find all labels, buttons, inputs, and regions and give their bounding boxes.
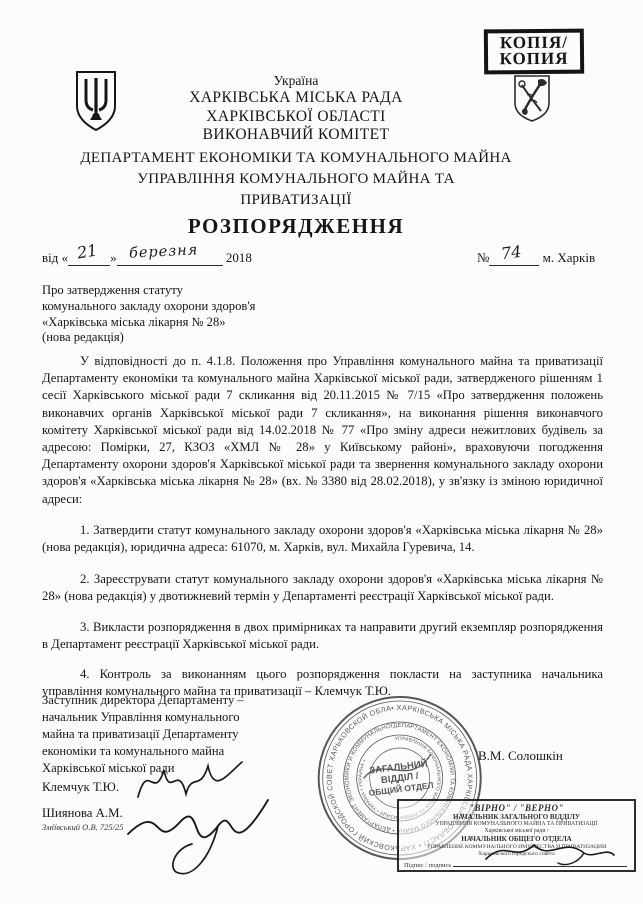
header-council: ХАРКІВСЬКА МІСЬКА РАДА (0, 89, 592, 108)
signer-name-soloshkin: В.М. Солошкін (478, 748, 563, 764)
handwritten-number: 74 (500, 242, 523, 263)
certify-stamp-line: УПРАВЛЕНИЕ КОММУНАЛЬНОГО ИМУЩЕСТВА И ПРИ… (401, 844, 632, 851)
signature-shyianova (118, 786, 288, 886)
document-type-title: РОЗПОРЯДЖЕННЯ (0, 214, 592, 239)
office-name-line2: ПРИВАТИЗАЦІЇ (0, 190, 592, 211)
number-slot: 74 (489, 251, 539, 266)
subject-line: «Харківська міська лікарня № 28» (42, 315, 255, 331)
certify-stamp-line: Харьковского городского совета (401, 851, 632, 858)
signatory-title-line: економіки та комунального майна (42, 743, 294, 760)
document-header: Україна ХАРКІВСЬКА МІСЬКА РАДА ХАРКІВСЬК… (0, 72, 592, 145)
handwritten-month: березня (128, 242, 198, 262)
order-item-3: 3. Викласти розпорядження в двох примірн… (42, 619, 603, 653)
city-label: м. Харків (543, 250, 595, 265)
signatory-title-block: Заступник директора Департаменту – начал… (42, 692, 294, 777)
header-country: Україна (0, 72, 592, 89)
executor-note: Зміївський О.В. 725/25 (42, 822, 124, 832)
certify-stamp-title: "ВІРНО" / "ВЕРНО" (401, 803, 632, 813)
date-day-slot: 21 (68, 251, 110, 266)
certify-stamp-line: Харківської міської ради / (401, 828, 632, 835)
certify-stamp-line: УПРАВЛІННЯ КОМУНАЛЬНОГО МАЙНА ТА ПРИВАТИ… (401, 821, 632, 828)
department-name: ДЕПАРТАМЕНТ ЕКОНОМІКИ ТА КОМУНАЛЬНОГО МА… (0, 148, 592, 169)
date-prefix: від « (42, 250, 68, 265)
order-item-1: 1. Затвердити статут комунального заклад… (42, 522, 603, 556)
date-month-slot: березня (117, 251, 223, 266)
header-committee: ВИКОНАВЧИЙ КОМІТЕТ (0, 126, 592, 145)
subject-line: Про затвердження статуту (42, 283, 255, 299)
signatory-title-line: начальник Управління комунального (42, 709, 294, 726)
signer-name-shyianova: Шиянова А.М. (42, 806, 123, 821)
body-text: У відповідності до п. 4.1.8. Положення п… (42, 353, 603, 700)
certification-stamp: "ВІРНО" / "ВЕРНО" НАЧАЛЬНИК ЗАГАЛЬНОГО В… (397, 799, 636, 872)
signatory-title-line: майна та приватизації Департаменту (42, 726, 294, 743)
number-line: №74 м. Харків (477, 250, 595, 266)
subject-block: Про затвердження статуту комунального за… (42, 283, 255, 346)
department-block: ДЕПАРТАМЕНТ ЕКОНОМІКИ ТА КОМУНАЛЬНОГО МА… (0, 148, 592, 211)
subject-line: комунального закладу охорони здоров'я (42, 299, 255, 315)
handwritten-day: 21 (76, 241, 99, 263)
signatory-title-line: Харківської міської ради (42, 760, 294, 777)
scanned-document-page: КОПІЯ/ КОПИЯ Україна ХАРКІВСЬКА МІСЬКА Р… (0, 0, 643, 904)
certify-stamp-sign-line (453, 865, 627, 867)
copy-stamp: КОПІЯ/ КОПИЯ (484, 29, 584, 75)
certify-stamp-line: НАЧАЛЬНИК ЗАГАЛЬНОГО ВІДДІЛУ (401, 813, 632, 821)
office-name-line1: УПРАВЛІННЯ КОМУНАЛЬНОГО МАЙНА ТА (0, 169, 592, 190)
number-label: № (477, 250, 489, 265)
order-item-2: 2. Зареєструвати статут комунального зак… (42, 571, 603, 605)
signer-name-klemchuk: Клемчук Т.Ю. (42, 780, 119, 795)
copy-stamp-line2: КОПИЯ (488, 51, 580, 68)
subject-line: (нова редакція) (42, 330, 255, 346)
date-line: від «21»березня 2018 (42, 250, 252, 266)
intro-paragraph: У відповідності до п. 4.1.8. Положення п… (42, 353, 603, 508)
certify-stamp-sign-label: Підпис / подпись (404, 862, 451, 869)
certify-stamp-signature-row: Підпис / подпись (401, 862, 632, 869)
header-region: ХАРКІВСЬКОЇ ОБЛАСТІ (0, 108, 592, 127)
signatory-title-line: Заступник директора Департаменту – (42, 692, 294, 709)
certify-stamp-line: НАЧАЛЬНИК ОБЩЕГО ОТДЕЛА (401, 835, 632, 844)
date-year: 2018 (226, 250, 252, 265)
